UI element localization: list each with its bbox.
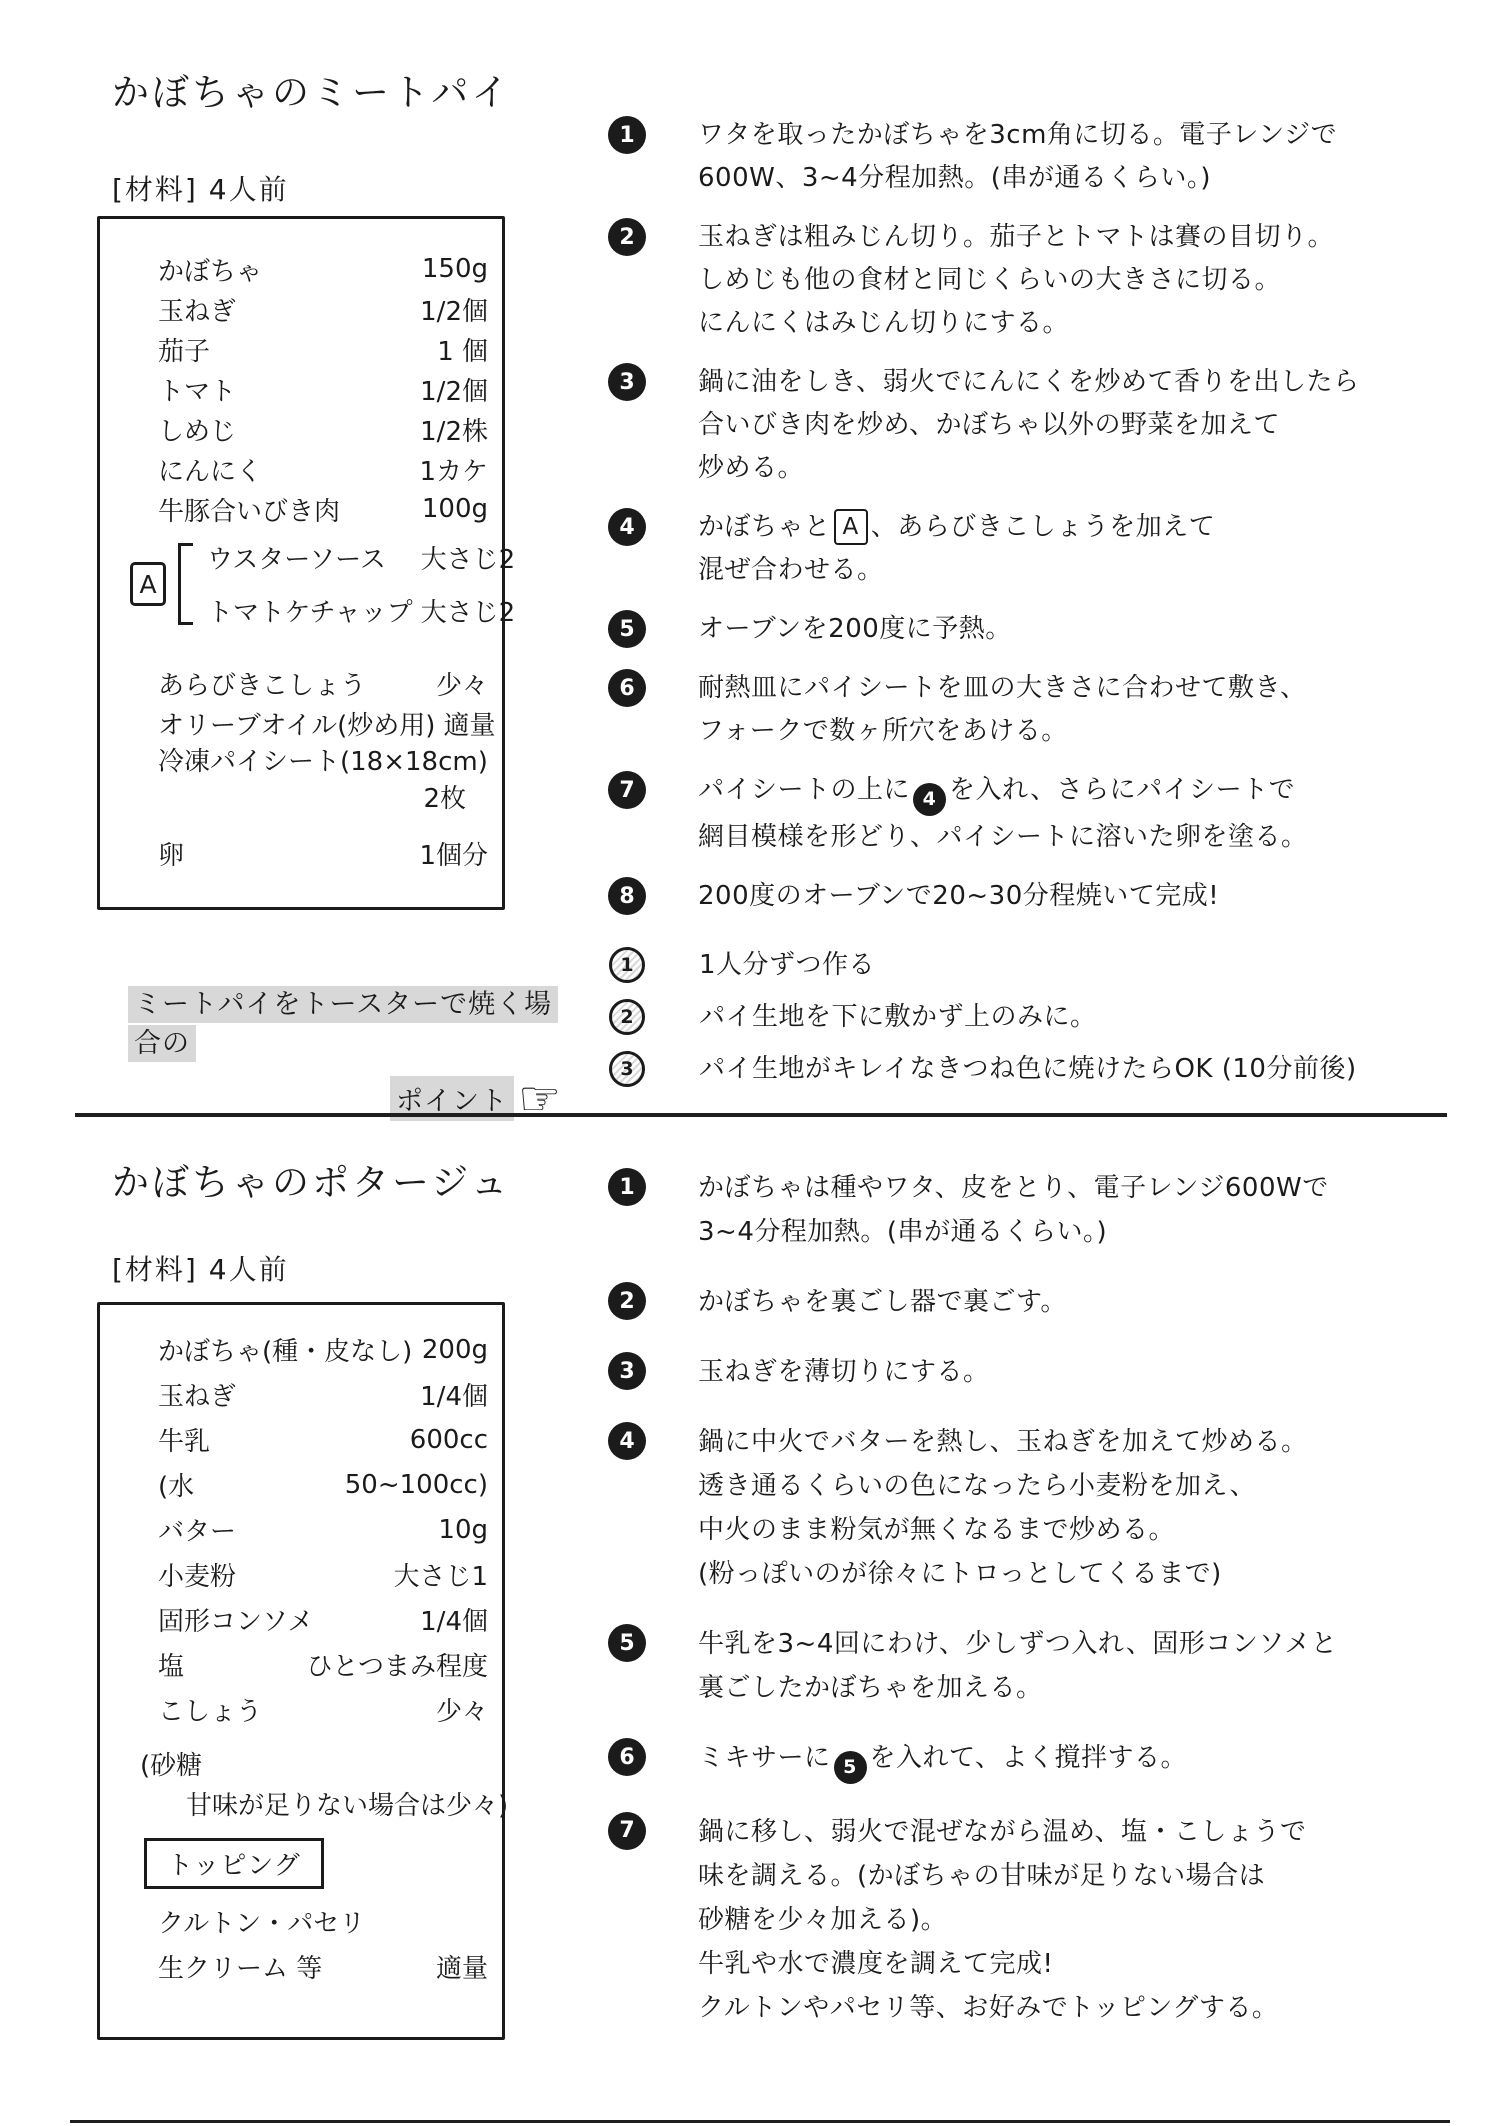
step-text: 耐熱皿にパイシートを皿の大きさに合わせて敷き、フォークで数ヶ所穴をあける。 — [698, 667, 1306, 753]
step-line: フォークで数ヶ所穴をあける。 — [698, 710, 1306, 753]
step-row: 2玉ねぎは粗みじん切り。茄子とトマトは賽の目切り。しめじも他の食材と同じくらいの… — [598, 216, 1498, 345]
point-text: パイ生地がキレイなきつね色に焼けたらOK (10分前後) — [699, 1048, 1357, 1091]
step-row: 1ワタを取ったかぼちゃを3cm角に切る。電子レンジで600W、3~4分程加熱。(… — [598, 114, 1498, 200]
note-text: ミートパイをトースターで焼く場合の — [128, 986, 558, 1062]
group-a-ref-box: A — [834, 509, 868, 545]
point-text: パイ生地を下に敷かず上のみに。 — [699, 996, 1097, 1039]
step-number-badge: 8 — [608, 877, 646, 915]
ingredient-amount: 600cc — [402, 1425, 488, 1455]
step-number-badge: 7 — [608, 1812, 646, 1850]
ingredient-name: しめじ — [158, 411, 236, 448]
ingredient-amount: 適量 — [428, 1948, 488, 1985]
ingredient-amount: 1/2個 — [412, 371, 488, 408]
ingredient-row: 生クリーム 等適量 — [100, 1944, 488, 1989]
recipe-title: かぼちゃのミートパイ — [112, 62, 511, 116]
step-line: 中火のまま粉気が無くなるまで炒める。 — [698, 1508, 1308, 1552]
step-number-badge: 4 — [608, 508, 646, 546]
step-line: クルトンやパセリ等、お好みでトッピングする。 — [698, 1986, 1306, 2030]
step-row: 4鍋に中火でバターを熱し、玉ねぎを加えて炒める。透き通るくらいの色になったら小麦… — [598, 1420, 1498, 1596]
ingredient-amount: 1/4個 — [412, 1601, 488, 1638]
ingredient-name: 甘味が足りない場合は少々) — [140, 1786, 488, 1826]
step-line: 砂糖を少々加える)。 — [698, 1898, 1306, 1942]
ingredient-name: 牛乳 — [158, 1421, 210, 1458]
ingredient-amount: 1カケ — [411, 451, 488, 488]
step-line: かぼちゃを裏ごし器で裏ごす。 — [698, 1280, 1067, 1324]
step-line: 鍋に油をしき、弱火でにんにくを炒めて香りを出したら — [698, 361, 1359, 404]
inline-step-ref-badge: 4 — [913, 783, 946, 816]
ingredient-row: 玉ねぎ1/2個 — [100, 289, 488, 329]
step-number-badge: 1 — [608, 1168, 646, 1206]
step-number-badge: 1 — [608, 116, 646, 154]
point-text: 1人分ずつ作る — [699, 944, 875, 987]
recipe-title: かぼちゃのポタージュ — [112, 1152, 511, 1206]
toaster-points-list: 11人分ずつ作る2パイ生地を下に敷かず上のみに。3パイ生地がキレイなきつね色に焼… — [598, 944, 1498, 1100]
step-text: 牛乳を3~4回にわけ、少しずつ入れ、固形コンソメと裏ごしたかぼちゃを加える。 — [698, 1622, 1337, 1710]
ingredient-row: (砂糖甘味が足りない場合は少々) — [100, 1746, 488, 1826]
ingredient-row: 固形コンソメ1/4個 — [100, 1597, 488, 1642]
ingredient-amount: 2枚 — [158, 781, 488, 817]
step-row: 1かぼちゃは種やワタ、皮をとり、電子レンジ600Wで3~4分程加熱。(串が通るく… — [598, 1166, 1498, 1254]
step-line: 透き通るくらいの色になったら小麦粉を加え、 — [698, 1464, 1308, 1508]
ingredient-row: 塩ひとつまみ程度 — [100, 1642, 488, 1687]
steps-list: 1かぼちゃは種やワタ、皮をとり、電子レンジ600Wで3~4分程加熱。(串が通るく… — [598, 1166, 1498, 2056]
step-line: 玉ねぎを薄切りにする。 — [698, 1350, 990, 1394]
ingredient-name: 玉ねぎ — [158, 1376, 236, 1413]
inline-step-ref-badge: 5 — [834, 1751, 867, 1784]
group-a-label: A — [130, 562, 166, 606]
ingredient-amount: 大さじ1 — [385, 1556, 488, 1593]
point-line: パイ生地を下に敷かず上のみに。 — [699, 996, 1097, 1039]
point-number-badge: 3 — [609, 1051, 645, 1087]
note-line: ミートパイをトースターで焼く場合の — [128, 982, 568, 1060]
ingredient-name: 固形コンソメ — [158, 1601, 313, 1638]
step-line: 600W、3~4分程加熱。(串が通るくらい。) — [698, 157, 1337, 200]
step-row: 7鍋に移し、弱火で混ぜながら温め、塩・こしょうで味を調える。(かぼちゃの甘味が足… — [598, 1810, 1498, 2030]
step-number-badge: 2 — [608, 1282, 646, 1320]
ingredient-row: 小麦粉大さじ1 — [100, 1552, 488, 1597]
step-row: 7パイシートの上に4を入れ、さらにパイシートで網目模様を形どり、パイシートに溶い… — [598, 769, 1498, 859]
ingredient-row: オリーブオイル(炒め用)適量 — [100, 703, 488, 743]
ingredient-amount: 少々 — [428, 665, 488, 702]
step-line: 牛乳や水で濃度を調えて完成! — [698, 1942, 1306, 1986]
step-line: かぼちゃは種やワタ、皮をとり、電子レンジ600Wで — [698, 1166, 1329, 1210]
step-text: かぼちゃは種やワタ、皮をとり、電子レンジ600Wで3~4分程加熱。(串が通るくら… — [698, 1166, 1329, 1254]
ingredient-amount: 大さじ2 — [413, 539, 516, 576]
step-number-badge: 6 — [608, 1738, 646, 1776]
step-line: 耐熱皿にパイシートを皿の大きさに合わせて敷き、 — [698, 667, 1306, 710]
step-row: 6耐熱皿にパイシートを皿の大きさに合わせて敷き、フォークで数ヶ所穴をあける。 — [598, 667, 1498, 753]
ingredients-box: かぼちゃ150g玉ねぎ1/2個茄子1 個トマト1/2個しめじ1/2株にんにく1カ… — [97, 216, 505, 910]
ingredient-name: 冷凍パイシート(18×18cm) — [158, 743, 488, 781]
ingredient-name: 牛豚合いびき肉 — [158, 491, 340, 528]
ingredients-box: かぼちゃ(種・皮なし)200g玉ねぎ1/4個牛乳600cc(水50~100cc)… — [97, 1302, 505, 2040]
ingredient-row: かぼちゃ(種・皮なし)200g — [100, 1327, 488, 1372]
group-items: ウスターソース大さじ2トマトケチャップ大さじ2 — [199, 539, 515, 629]
step-row: 5牛乳を3~4回にわけ、少しずつ入れ、固形コンソメと裏ごしたかぼちゃを加える。 — [598, 1622, 1498, 1710]
ingredient-name: かぼちゃ(種・皮なし) — [158, 1331, 412, 1368]
step-text: ミキサーに5を入れて、よく撹拌する。 — [698, 1736, 1187, 1784]
ingredient-amount: 大さじ2 — [413, 592, 516, 629]
ingredient-amount: 200g — [414, 1335, 488, 1365]
point-row: 3パイ生地がキレイなきつね色に焼けたらOK (10分前後) — [598, 1048, 1498, 1091]
ingredient-amount: 1/4個 — [412, 1376, 488, 1413]
ingredient-row: 冷凍パイシート(18×18cm)2枚 — [100, 743, 488, 817]
ingredient-row: にんにく1カケ — [100, 449, 488, 489]
ingredient-group-a: Aウスターソース大さじ2トマトケチャップ大さじ2 — [100, 539, 488, 629]
ingredient-name: バター — [158, 1511, 236, 1548]
step-text: かぼちゃとA、あらびきこしょうを加えて混ぜ合わせる。 — [698, 506, 1215, 592]
step-line: 3~4分程加熱。(串が通るくらい。) — [698, 1210, 1329, 1254]
step-line: 玉ねぎは粗みじん切り。茄子とトマトは賽の目切り。 — [698, 216, 1334, 259]
ingredient-name: 小麦粉 — [158, 1556, 236, 1593]
step-row: 4かぼちゃとA、あらびきこしょうを加えて混ぜ合わせる。 — [598, 506, 1498, 592]
ingredient-name: (砂糖 — [140, 1746, 488, 1786]
ingredient-row: (水50~100cc) — [100, 1462, 488, 1507]
steps-list: 1ワタを取ったかぼちゃを3cm角に切る。電子レンジで600W、3~4分程加熱。(… — [598, 114, 1498, 934]
step-line: パイシートの上に4を入れ、さらにパイシートで — [698, 769, 1308, 816]
step-number-badge: 4 — [608, 1422, 646, 1460]
ingredient-name: (水 — [158, 1466, 194, 1503]
ingredient-row: ウスターソース大さじ2 — [199, 539, 515, 576]
ingredient-name: 卵 — [158, 835, 184, 872]
step-row: 5オーブンを200度に予熱。 — [598, 608, 1498, 651]
step-line: 混ぜ合わせる。 — [698, 549, 1215, 592]
step-line: ワタを取ったかぼちゃを3cm角に切る。電子レンジで — [698, 114, 1337, 157]
recipe-page: かぼちゃのミートパイ [材料] 4人前 かぼちゃ150g玉ねぎ1/2個茄子1 個… — [0, 0, 1500, 2126]
ingredient-name: 茄子 — [158, 331, 210, 368]
step-line: 合いびき肉を炒め、かぼちゃ以外の野菜を加えて — [698, 404, 1359, 447]
bottom-rule — [70, 2120, 1450, 2123]
section-divider — [75, 1113, 1447, 1117]
topping-label: トッピング — [144, 1838, 324, 1889]
step-row: 8200度のオーブンで20~30分程焼いて完成! — [598, 875, 1498, 918]
ingredient-row: クルトン・パセリ — [100, 1899, 488, 1944]
ingredient-row: バター10g — [100, 1507, 488, 1552]
ingredient-name: こしょう — [158, 1691, 262, 1728]
ingredient-amount: ひとつまみ程度 — [299, 1646, 488, 1683]
group-bracket-icon — [178, 543, 193, 625]
step-text: パイシートの上に4を入れ、さらにパイシートで網目模様を形どり、パイシートに溶いた… — [698, 769, 1308, 859]
step-line: 炒める。 — [698, 447, 1359, 490]
point-line: パイ生地がキレイなきつね色に焼けたらOK (10分前後) — [699, 1048, 1357, 1091]
step-text: 玉ねぎは粗みじん切り。茄子とトマトは賽の目切り。しめじも他の食材と同じくらいの大… — [698, 216, 1334, 345]
point-row: 11人分ずつ作る — [598, 944, 1498, 987]
step-row: 6ミキサーに5を入れて、よく撹拌する。 — [598, 1736, 1498, 1784]
step-line: 網目模様を形どり、パイシートに溶いた卵を塗る。 — [698, 816, 1308, 859]
step-line: 鍋に移し、弱火で混ぜながら温め、塩・こしょうで — [698, 1810, 1306, 1854]
ingredient-row: こしょう少々 — [100, 1687, 488, 1732]
servings-label: [材料] 4人前 — [112, 168, 289, 208]
ingredient-row: 牛乳600cc — [100, 1417, 488, 1462]
point-row: 2パイ生地を下に敷かず上のみに。 — [598, 996, 1498, 1039]
ingredient-name: トマト — [158, 371, 236, 408]
step-number-badge: 5 — [608, 610, 646, 648]
ingredient-row: 卵1個分 — [100, 833, 488, 873]
ingredient-row: しめじ1/2株 — [100, 409, 488, 449]
ingredient-amount: 100g — [414, 494, 488, 524]
ingredient-amount: 1/2個 — [412, 291, 488, 328]
step-line: 裏ごしたかぼちゃを加える。 — [698, 1666, 1337, 1710]
ingredient-name: オリーブオイル(炒め用) — [158, 705, 435, 742]
ingredient-name: かぼちゃ — [158, 251, 262, 288]
ingredient-row: 玉ねぎ1/4個 — [100, 1372, 488, 1417]
step-line: 200度のオーブンで20~30分程焼いて完成! — [698, 875, 1219, 918]
ingredient-row: トマトケチャップ大さじ2 — [199, 592, 515, 629]
ingredient-amount: 少々 — [428, 1691, 488, 1728]
ingredient-name: クルトン・パセリ — [158, 1903, 365, 1940]
step-line: オーブンを200度に予熱。 — [698, 608, 1012, 651]
point-number-badge: 2 — [609, 999, 645, 1035]
step-number-badge: 6 — [608, 669, 646, 707]
step-line: 鍋に中火でバターを熱し、玉ねぎを加えて炒める。 — [698, 1420, 1308, 1464]
step-number-badge: 2 — [608, 218, 646, 256]
step-text: 鍋に中火でバターを熱し、玉ねぎを加えて炒める。透き通るくらいの色になったら小麦粉… — [698, 1420, 1308, 1596]
ingredient-row: あらびきこしょう少々 — [100, 663, 488, 703]
step-text: 鍋に移し、弱火で混ぜながら温め、塩・こしょうで味を調える。(かぼちゃの甘味が足り… — [698, 1810, 1306, 2030]
step-text: ワタを取ったかぼちゃを3cm角に切る。電子レンジで600W、3~4分程加熱。(串… — [698, 114, 1337, 200]
ingredient-name: あらびきこしょう — [158, 665, 366, 702]
toaster-note: ミートパイをトースターで焼く場合の ポイント ☞ — [128, 982, 568, 1121]
ingredient-amount: 50~100cc) — [337, 1470, 488, 1500]
pointing-hand-icon: ☞ — [518, 1084, 562, 1114]
step-line: にんにくはみじん切りにする。 — [698, 302, 1334, 345]
step-row: 3鍋に油をしき、弱火でにんにくを炒めて香りを出したら合いびき肉を炒め、かぼちゃ以… — [598, 361, 1498, 490]
step-line: しめじも他の食材と同じくらいの大きさに切る。 — [698, 259, 1334, 302]
ingredient-name: 塩 — [158, 1646, 184, 1683]
ingredient-row: 茄子1 個 — [100, 329, 488, 369]
step-number-badge: 7 — [608, 771, 646, 809]
step-line: (粉っぽいのが徐々にトロっとしてくるまで) — [698, 1552, 1308, 1596]
ingredient-amount: 150g — [414, 254, 488, 284]
ingredient-name: にんにく — [158, 451, 262, 488]
step-number-badge: 3 — [608, 1352, 646, 1390]
step-text: かぼちゃを裏ごし器で裏ごす。 — [698, 1280, 1067, 1324]
ingredient-row: かぼちゃ150g — [100, 249, 488, 289]
ingredient-amount: 1個分 — [411, 835, 488, 872]
step-number-badge: 5 — [608, 1624, 646, 1662]
ingredient-name: 生クリーム 等 — [158, 1948, 322, 1985]
step-line: ミキサーに5を入れて、よく撹拌する。 — [698, 1736, 1187, 1784]
step-text: 鍋に油をしき、弱火でにんにくを炒めて香りを出したら合いびき肉を炒め、かぼちゃ以外… — [698, 361, 1359, 490]
step-line: かぼちゃとA、あらびきこしょうを加えて — [698, 506, 1215, 549]
ingredient-name: ウスターソース — [207, 539, 386, 576]
step-text: オーブンを200度に予熱。 — [698, 608, 1012, 651]
ingredient-row: トマト1/2個 — [100, 369, 488, 409]
point-line: 1人分ずつ作る — [699, 944, 875, 987]
ingredient-amount: 適量 — [435, 705, 495, 742]
step-row: 3玉ねぎを薄切りにする。 — [598, 1350, 1498, 1394]
ingredient-row: 牛豚合いびき肉100g — [100, 489, 488, 529]
step-text: 玉ねぎを薄切りにする。 — [698, 1350, 990, 1394]
step-number-badge: 3 — [608, 363, 646, 401]
step-text: 200度のオーブンで20~30分程焼いて完成! — [698, 875, 1219, 918]
topping-header-row: トッピング — [100, 1838, 488, 1889]
step-line: 味を調える。(かぼちゃの甘味が足りない場合は — [698, 1854, 1306, 1898]
ingredient-amount: 1 個 — [429, 331, 488, 368]
step-row: 2かぼちゃを裏ごし器で裏ごす。 — [598, 1280, 1498, 1324]
servings-label: [材料] 4人前 — [112, 1248, 289, 1288]
ingredient-amount: 1/2株 — [412, 411, 488, 448]
step-line: 牛乳を3~4回にわけ、少しずつ入れ、固形コンソメと — [698, 1622, 1337, 1666]
ingredient-amount: 10g — [430, 1515, 488, 1545]
ingredient-name: 玉ねぎ — [158, 291, 236, 328]
ingredient-name: トマトケチャップ — [207, 592, 413, 629]
point-number-badge: 1 — [609, 947, 645, 983]
